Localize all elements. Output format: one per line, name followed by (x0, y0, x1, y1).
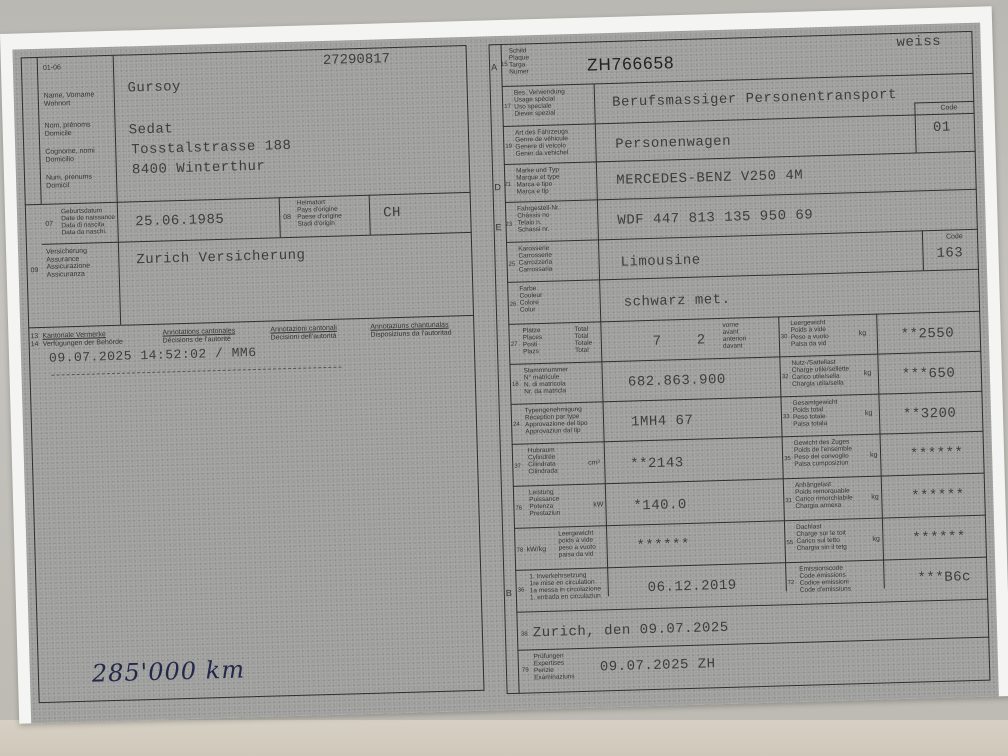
birthdate-num: 07 (45, 221, 53, 228)
label-line: Num, prenums (46, 173, 92, 182)
label-line: Schassi nr. (518, 225, 561, 233)
kg-unit: kg (864, 370, 872, 377)
vin-num: 23 (505, 222, 512, 228)
label-line: Nom, prénoms (44, 122, 90, 131)
label-line: Chargia sin il tetg (797, 544, 847, 552)
trailer-load-label: Anhängelast Poids remorquable Carico rim… (795, 480, 853, 510)
power-num: 76 (515, 506, 522, 512)
label-line: Paisa totala (793, 420, 838, 428)
handwritten-mileage: 285'000 km (92, 655, 246, 687)
vin-letter: E (495, 222, 501, 232)
label-line: Domicile (45, 129, 91, 138)
roof-load-label: Dachlast Charge sur le toit Carico sul t… (796, 523, 847, 552)
plate-label: Schild Plaque Targa Numer (509, 47, 530, 76)
total-weight-label: Gesamtgewicht Poids total Peso totale Pa… (793, 399, 839, 428)
body-num: 25 (509, 262, 516, 268)
approval-num: 24 (513, 422, 520, 428)
displacement-unit: cm³ (588, 459, 600, 466)
label-line: Cilindrada (528, 468, 557, 476)
label-line: Stadi d'origin (297, 220, 342, 228)
label-line: Examinaziuns (534, 673, 575, 681)
payload-num: 32 (782, 374, 789, 380)
issue-num: 38 (521, 632, 528, 638)
label-line: Nr. da matricla (524, 387, 569, 395)
label-line: Gener da vehichel (515, 149, 568, 157)
train-weight-label: Gewicht des Zuges Poids de l'ensemble Pe… (794, 438, 853, 468)
payload-label: Nutz-/Sattellast Charge utile/sellette C… (791, 358, 849, 388)
first-reg-letter: B (506, 588, 512, 598)
usage-num: 17 (504, 104, 511, 110)
train-weight: ****** (910, 445, 964, 462)
insurance-num: 09 (31, 267, 39, 274)
inspection-label: Prüfungen Expertises Perizie Examinaziun… (534, 652, 575, 681)
label-line: paisa da vid (559, 551, 596, 559)
label-line: Colur (520, 306, 543, 314)
empty-weight-label: Leergewicht Poids à vide Peso a vuoto Pa… (790, 319, 829, 348)
city-label: Num, prenums Domicil (46, 173, 92, 189)
label-line: Assicuranza (47, 270, 91, 279)
usage-label: Bes. Verwendung Usage spécial Uso specia… (514, 88, 566, 117)
type-code-label: Code (940, 104, 957, 111)
field-01-label: 01-06 (43, 64, 61, 72)
serial-label: Stammnummer N° matricule N. di matricola… (524, 366, 569, 395)
kwkg-sublabel: Leergewicht poids à vide peso a vuoto pa… (558, 530, 596, 559)
plate-num: 15 (501, 62, 508, 68)
plate-color: weiss (896, 34, 941, 51)
make-num: 21 (504, 182, 511, 188)
firstname-label: Nom, prénoms Domicile (44, 122, 90, 138)
annotations-header-de: Kantonale Vermerke Verfügungen der Behör… (42, 331, 123, 348)
label-line: Wohnort (44, 99, 95, 108)
trailer-load: ****** (911, 487, 965, 504)
surname-label: Name, Vorname Wohnort (44, 91, 95, 107)
table-surface (0, 720, 1008, 756)
power-label: Leistung Puissance Potenza Prestaziun (529, 489, 560, 518)
seats-num: 27 (511, 342, 518, 348)
color-num: 26 (510, 302, 517, 308)
origin-label: Heimatort Pays d'origine Paese d'origine… (297, 199, 342, 228)
kg-unit: kg (859, 330, 867, 337)
type-approval: 1MH4 67 (631, 413, 694, 431)
label-line: Carrossaria (519, 266, 553, 274)
vehicle-body: Limousine (620, 253, 701, 271)
owner-surname: Gursoy (127, 79, 181, 96)
kg-unit: kg (865, 410, 873, 417)
seats-label: Plätze Places Posti Plazs (522, 327, 542, 356)
label-line: Diever spezial (514, 109, 565, 117)
label-line: Prestaziun (530, 510, 561, 518)
label-line: 13 (30, 333, 38, 341)
body-label: Karosserie Carrosserie Carrozzeria Carro… (518, 245, 552, 274)
plate-letter: A (491, 62, 497, 72)
document-number: 27290817 (323, 51, 391, 69)
type-num: 19 (505, 144, 512, 150)
label-line: Domicil (46, 181, 92, 190)
label-line: Code d'emissiuns (800, 585, 851, 593)
first-reg-label: 1. Inverkehrsetzung 1re mise en circulat… (529, 571, 601, 601)
owner-birthdate: 25.06.1985 (135, 212, 224, 230)
make-label: Marke und Typ Marque et type Marca e tip… (516, 166, 560, 195)
seats-front-label: vorne avant anteriori davant (722, 321, 746, 350)
approval-label: Typengenehmigung Réception par type Appr… (525, 406, 588, 436)
label-line: Paisa da vid (791, 340, 829, 348)
type-label: Art des Fahrzeugs Genre de véhicule Gene… (515, 128, 569, 157)
label-line: Domicilio (45, 155, 95, 164)
label-line: 14 (31, 341, 39, 349)
empty-weight: **2550 (901, 325, 955, 342)
owner-origin: CH (383, 205, 401, 221)
vehicle-color: schwarz met. (624, 292, 731, 311)
kg-unit: kg (871, 494, 879, 501)
label-line: Total (575, 347, 593, 354)
annotations-header-rm: Annotaziuns chantunalas Disposiziuns da … (370, 322, 451, 339)
body-code-label: Code (946, 233, 963, 240)
seats-total-label: Total Total Totale Total (574, 326, 592, 354)
displacement: **2143 (630, 455, 684, 472)
type-code: 01 (933, 119, 951, 135)
roof-load: ****** (912, 529, 966, 546)
inspection-num: 79 (522, 667, 529, 673)
empty-weight-num: 30 (781, 334, 788, 340)
annotations-header-fr: Annotations cantonales Décisions de l'au… (162, 328, 235, 345)
emission-label: Emissionscode Code émissions Codice emis… (799, 564, 851, 593)
kwkg-label: kW/kg (527, 546, 547, 554)
payload: ***650 (902, 365, 956, 382)
printed-form: 01-06 27290817 Name, Vorname Wohnort Gur… (12, 23, 998, 724)
train-weight-num: 35 (784, 456, 791, 462)
label-line: Versicherung (46, 248, 90, 257)
first-registration-date: 06.12.2019 (648, 578, 737, 596)
displacement-num: 37 (514, 464, 521, 470)
power-unit: kW (593, 501, 603, 508)
street-label: Cognome, nomi Domicilio (45, 147, 95, 163)
first-reg-num: 36 (518, 588, 525, 594)
owner-firstname: Sedat (129, 121, 174, 138)
body-code: 163 (936, 245, 963, 262)
total-weight-num: 33 (783, 414, 790, 420)
origin-num: 08 (283, 214, 291, 221)
make-letter: D (494, 182, 501, 192)
registration-document: 01-06 27290817 Name, Vorname Wohnort Gur… (0, 6, 1008, 723)
trailer-load-num: 31 (785, 498, 792, 504)
kwkg-value: ****** (636, 537, 690, 554)
label-line: Marca e tip (517, 187, 561, 195)
label-line: Plazs (523, 348, 543, 356)
annotations-header-it: Annotazioni cantonali Decisioni dell'aut… (270, 325, 337, 342)
serial-number: 682.863.900 (628, 372, 726, 391)
power: *140.0 (633, 497, 687, 514)
total-weight: **3200 (903, 405, 957, 422)
seats-front: 2 (697, 332, 706, 348)
annotations-num: 13 14 (30, 333, 38, 348)
label-line: davant (723, 342, 747, 350)
label-line: Cognome, nomi (45, 147, 95, 156)
displacement-label: Hubraum Cylindrée Cilindrata Cilindrada (528, 447, 558, 476)
label-line: Data da naschi. (61, 228, 115, 237)
seats-total: 7 (653, 334, 662, 350)
roof-load-num: 55 (786, 540, 793, 546)
birthdate-label: Geburtsdatum Date de naissance Data di n… (61, 207, 116, 236)
kwkg-num: 78 (517, 548, 524, 554)
kg-unit: kg (872, 536, 880, 543)
kg-unit: kg (870, 452, 878, 459)
vehicle-type: Personenwagen (615, 134, 731, 153)
color-label: Farbe Couleur Colore Colur (519, 285, 543, 314)
serial-num: 18 (512, 382, 519, 388)
vin-label: Fahrgestell-Nr. Châssis no Telaio n. Sch… (517, 204, 560, 233)
inspection-date: 09.07.2025 ZH (600, 656, 716, 675)
license-plate: ZH766658 (587, 53, 675, 75)
emission-code: ***B6c (917, 569, 971, 586)
label-line: Numer (509, 68, 529, 76)
label-line: Name, Vorname (44, 91, 95, 100)
insurance-label: Versicherung Assurance Assicurazione Ass… (46, 248, 90, 279)
emission-num: 72 (788, 580, 795, 586)
